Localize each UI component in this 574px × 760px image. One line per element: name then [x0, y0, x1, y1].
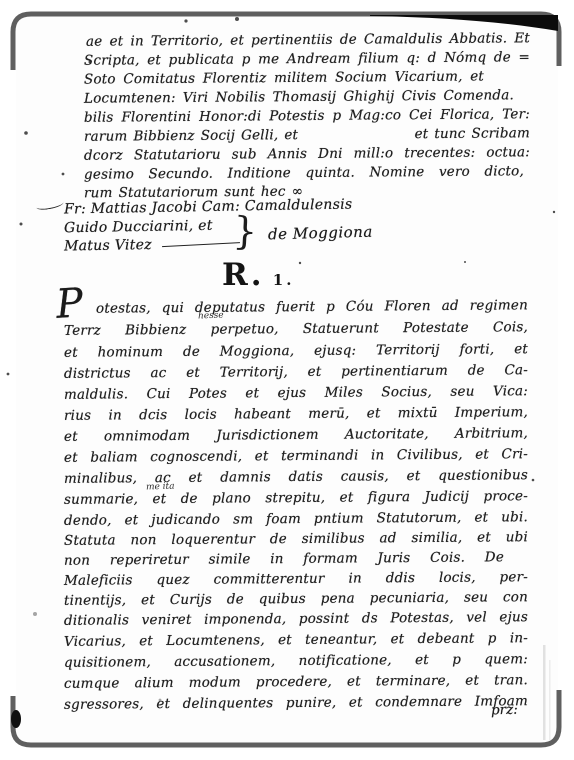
- underline-flourish: [162, 242, 240, 247]
- signatory-name-text: Matus Vitez: [64, 237, 152, 255]
- catchword: prz:: [491, 702, 518, 719]
- signatory-name: Guido Ducciarini, et: [64, 218, 213, 237]
- rubric-heading: R. 1.: [222, 257, 294, 293]
- scanned-manuscript-page: ae et in Territorio, et pertinentiis de …: [0, 0, 574, 760]
- signatory-name: Matus Vitez: [64, 235, 240, 254]
- grouping-brace: }: [232, 211, 258, 250]
- scan-speck: [7, 373, 10, 376]
- illuminated-initial: P: [55, 283, 85, 325]
- line-left-part: rarum Bibbienz Socij Gelli, et: [84, 128, 298, 145]
- signatory-group-label: de Moggiona: [268, 223, 373, 244]
- manuscript-line: Soto Comitatus Florentiz militem Socium …: [84, 69, 484, 88]
- line-right-part: et tunc Scribam: [414, 126, 530, 142]
